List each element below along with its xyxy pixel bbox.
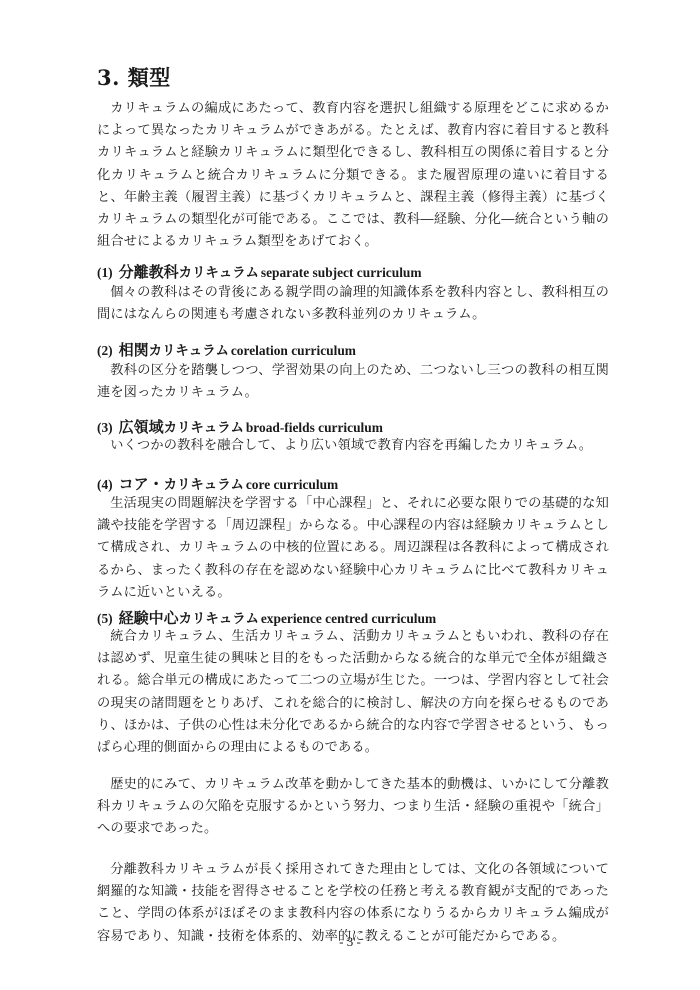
item-heading-4: (4)コア・カリキュラムcore curriculum [97, 474, 338, 495]
item-title-ja-bold: 広領域 [119, 418, 164, 436]
item-title-ja-bold: 相関 [119, 341, 149, 359]
item-number: (2) [97, 343, 113, 358]
item-title-en: corelation curriculum [231, 343, 356, 358]
item-body-1: 個々の教科はその背後にある親学問の論理的知識体系を教科内容とし、教科相互の間には… [97, 282, 609, 326]
item-title-ja: カリキュラム [164, 420, 244, 436]
item-number: (1) [97, 265, 113, 280]
item-title-ja-bold: 分離教科 [119, 263, 179, 281]
item-body-4: 生活現実の問題解決を学習する「中心課程」と、それに必要な限りでの基礎的な知識や技… [97, 493, 609, 604]
section-title: 3. 類型 [97, 62, 171, 92]
intro-paragraph: カリキュラムの編成にあたって、教育内容を選択し組織する原理をどこに求めるかによっ… [97, 98, 609, 253]
item-title-ja: カリキュラム [164, 477, 244, 493]
item-body-5: 統合カリキュラム、生活カリキュラム、活動カリキュラムともいわれ、教科の存在は認め… [97, 626, 609, 759]
item-title-ja: カリキュラム [179, 265, 259, 281]
item-title-en: experience centred curriculum [261, 611, 436, 626]
item-body-3: いくつかの教科を融合して、より広い領域で教育内容を再編したカリキュラム。 [97, 435, 609, 457]
item-title-ja: カリキュラム [149, 343, 229, 359]
closing-paragraph-1: 歴史的にみて、カリキュラム改革を動かしてきた基本的動機は、いかにして分離教科カリ… [97, 774, 609, 841]
item-number: (4) [97, 477, 113, 492]
item-title-en: separate subject curriculum [261, 265, 422, 280]
item-title-ja-bold: 経験中心 [119, 609, 179, 627]
page-number: - 3 - [0, 934, 700, 950]
item-heading-2: (2)相関カリキュラムcorelation curriculum [97, 340, 356, 361]
item-number: (5) [97, 611, 113, 626]
item-title-en: core curriculum [246, 477, 338, 492]
item-title-en: broad-fields curriculum [246, 420, 383, 435]
item-body-2: 教科の区分を踏襲しつつ、学習効果の向上のため、二つないし三つの教科の相互関連を図… [97, 360, 609, 404]
item-heading-1: (1)分離教科カリキュラムseparate subject curriculum [97, 262, 422, 283]
item-number: (3) [97, 420, 113, 435]
item-title-ja-bold: コア・ [119, 475, 164, 493]
item-title-ja: カリキュラム [179, 611, 259, 627]
